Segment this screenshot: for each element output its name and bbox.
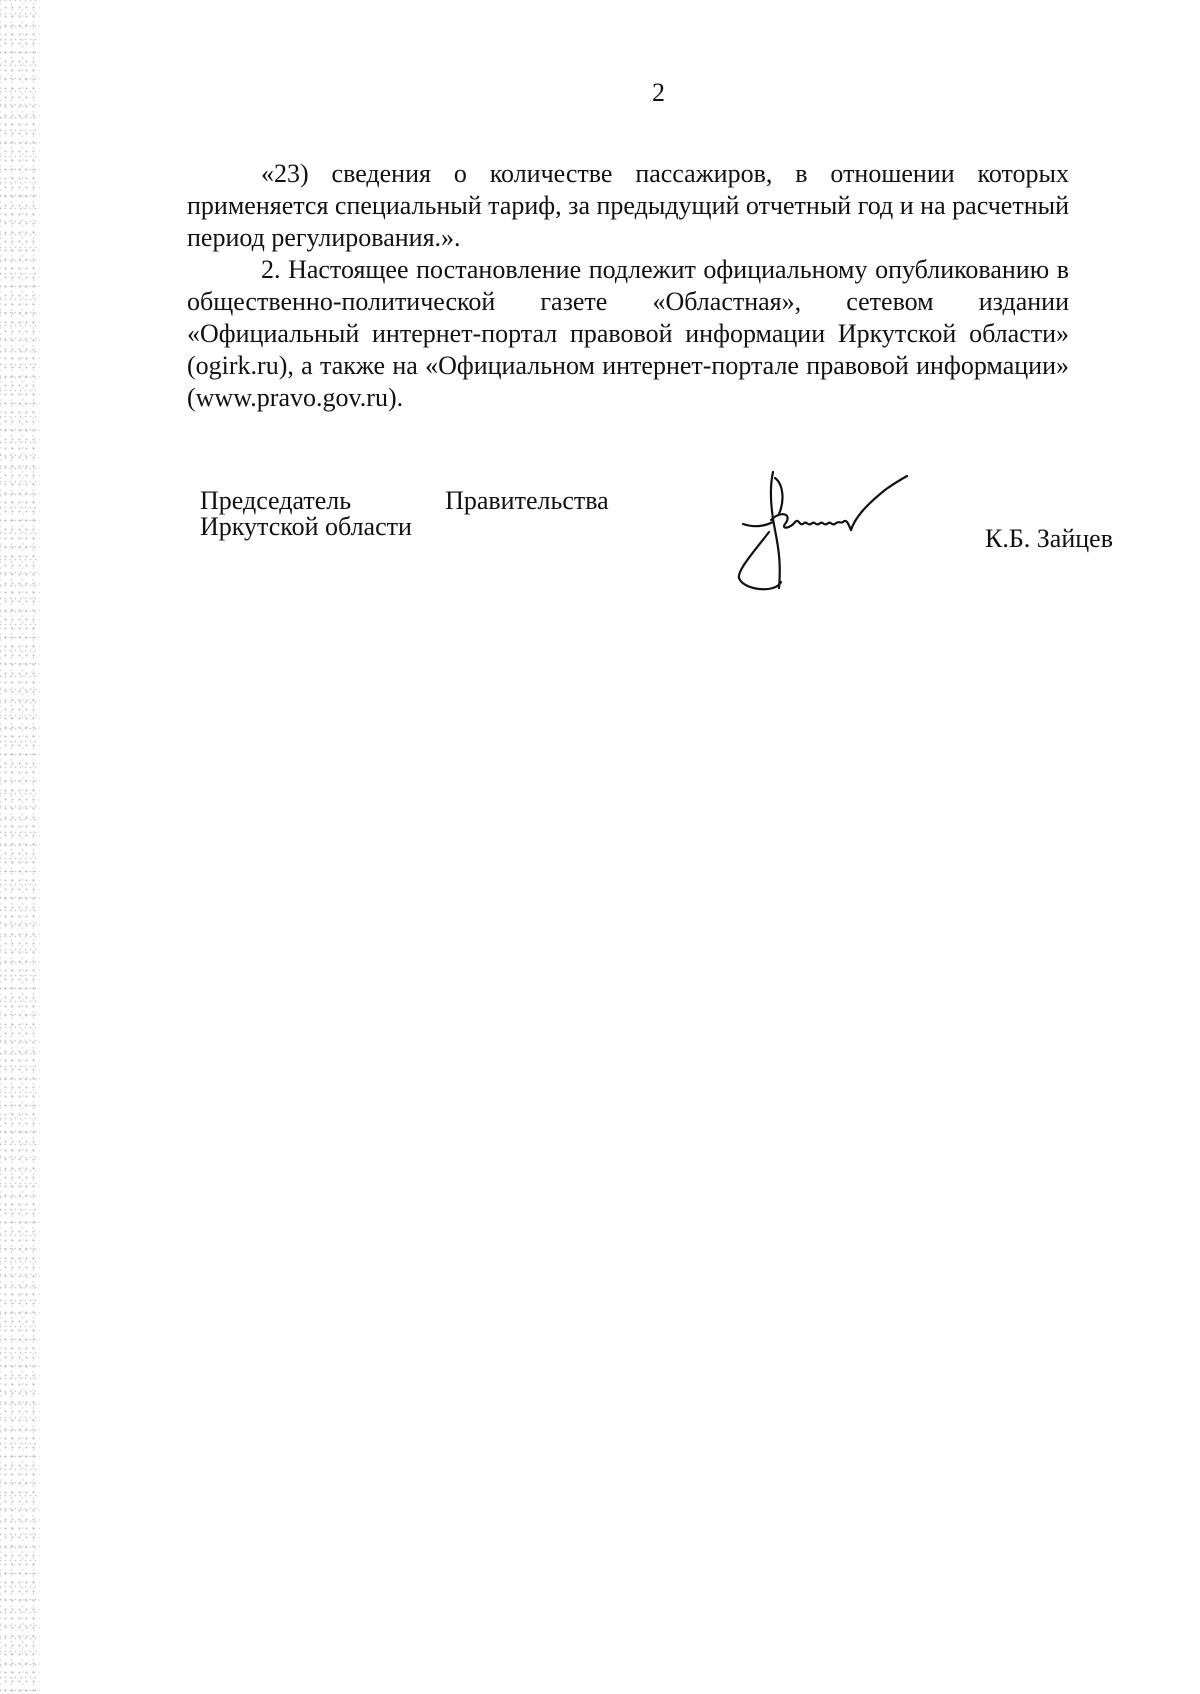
paragraph-item-23: «23) сведения о количестве пассажиров, в…: [187, 158, 1069, 254]
paragraph-line: «23) сведения о количестве пассажиров, в…: [187, 158, 1069, 190]
signer-title-region: Иркутской области: [200, 514, 609, 540]
paragraph-line: общественно-политической газете «Областн…: [187, 286, 1069, 318]
document-page: 2 «23) сведения о количестве пассажиров,…: [0, 0, 1200, 1694]
handwritten-signature-icon: [735, 470, 965, 595]
signer-title: ПредседательПравительства Иркутской обла…: [200, 488, 609, 540]
page-number: 2: [652, 78, 665, 108]
paragraph-item-2: 2. Настоящее постановление подлежит офиц…: [187, 254, 1069, 414]
paragraph-line: 2. Настоящее постановление подлежит офиц…: [187, 254, 1069, 286]
paragraph-line: «Официальный интернет-портал правовой ин…: [187, 318, 1069, 350]
paragraph-line: применяется специальный тариф, за предыд…: [187, 190, 1069, 222]
paragraph-line: (www.pravo.gov.ru).: [187, 382, 1069, 414]
paragraph-line: период регулирования.».: [187, 222, 1069, 254]
paragraph-line: (ogirk.ru), а также на «Официальном инте…: [187, 350, 1069, 382]
signer-title-word: Правительства: [445, 488, 609, 514]
signer-name: К.Б. Зайцев: [985, 524, 1113, 554]
scan-noise-edge: [0, 0, 40, 1694]
signer-title-word: Председатель: [200, 486, 351, 515]
